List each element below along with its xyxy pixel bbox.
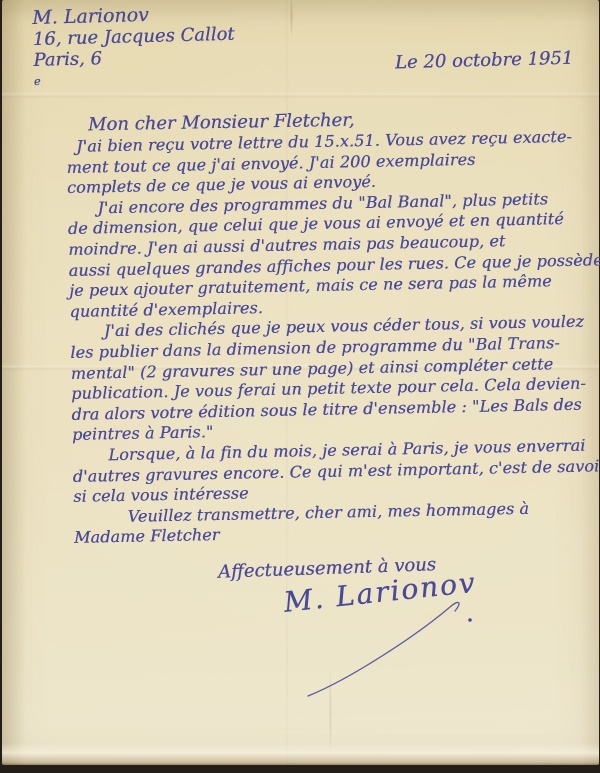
letter-body: J'ai bien reçu votre lettre du 15.x.51. … — [66, 126, 600, 549]
letter-date: Le 20 octobre 1951 — [395, 48, 574, 74]
sender-city-ordinal: e — [34, 75, 41, 88]
sender-city-text: Paris, 6 — [33, 45, 235, 71]
sender-address-block: M. Larionov 16, rue Jacques Callot Paris… — [32, 3, 236, 97]
letter-paper: M. Larionov 16, rue Jacques Callot Paris… — [2, 0, 599, 765]
signature-flourish — [298, 584, 486, 704]
sender-city: Paris, 6e — [33, 45, 236, 97]
